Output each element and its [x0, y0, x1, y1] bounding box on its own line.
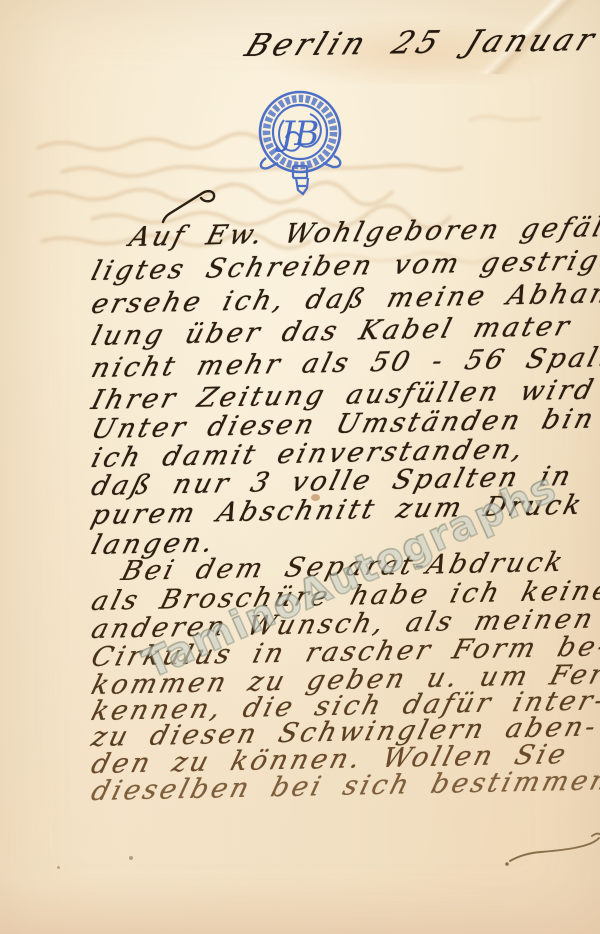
age-spot [57, 866, 60, 869]
seal-strap-end [296, 178, 308, 194]
age-spot [129, 856, 133, 860]
dateline: Berlin 25 Januar 83 [240, 21, 600, 64]
seal-monogram: JB [275, 114, 320, 154]
stray-pen-mark [163, 191, 214, 222]
closing-flourish [505, 834, 600, 866]
monogram-seal: JB [240, 82, 360, 200]
letter-scan: JB Berlin 25 Januar 83 Auf Ew. Wohlgebor… [0, 0, 600, 934]
